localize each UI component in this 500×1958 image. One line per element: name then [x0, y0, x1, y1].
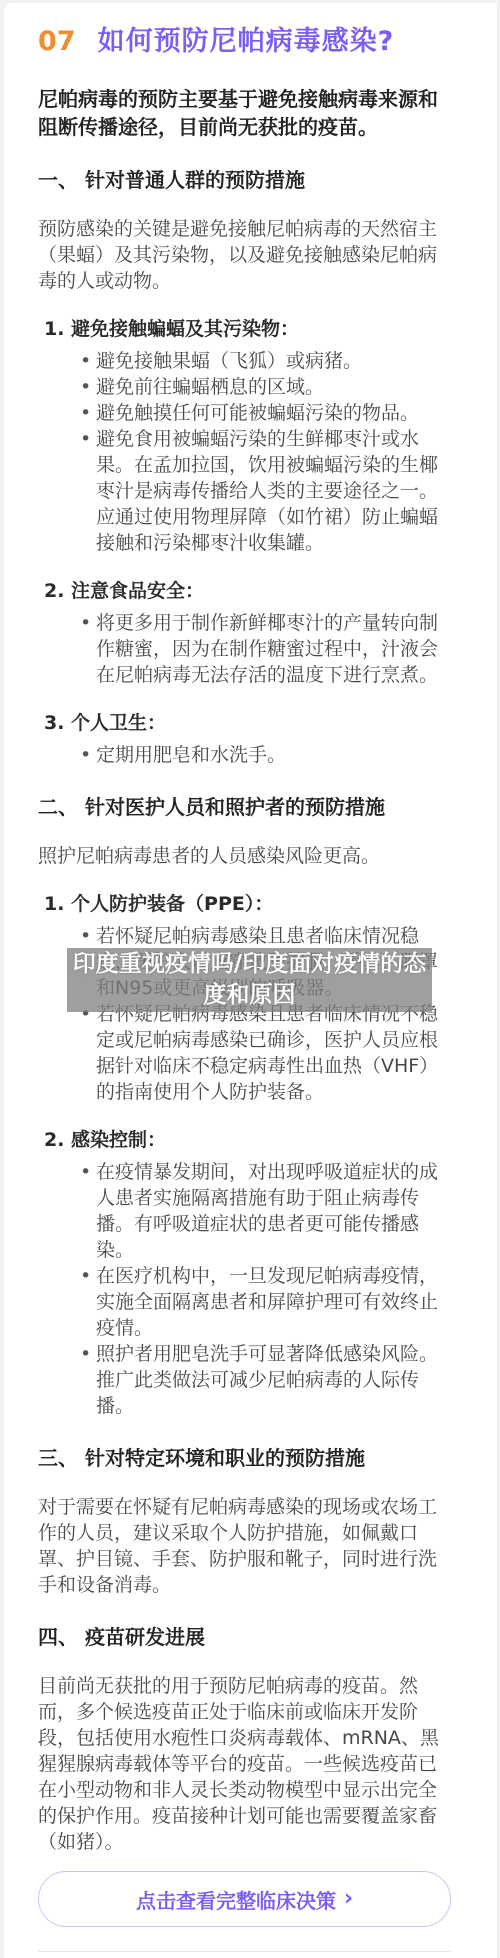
bullet-icon: • — [80, 426, 96, 556]
section-2-lead: 照护尼帕病毒患者的人员感染风险更高。 — [38, 843, 451, 869]
list-item: •在疫情暴发期间，对出现呼吸道症状的成人患者实施隔离措施有助于阻止病毒传播。有呼… — [80, 1159, 451, 1263]
section-1-lead: 预防感染的关键是避免接触尼帕病毒的天然宿主（果蝠）及其污染物，以及避免接触感染尼… — [38, 216, 451, 294]
list-item: •若怀疑尼帕病毒感染且患者临床情况不稳定或尼帕病毒感染已确诊，医护人员应根据针对… — [80, 1001, 451, 1105]
bullet-text: 在医疗机构中，一旦发现尼帕病毒疫情，实施全面隔离患者和屏障护理可有效终止疫情。 — [96, 1263, 451, 1341]
section-heading-2: 二、 针对医护人员和照护者的预防措施 — [38, 794, 451, 821]
section-number-badge: 07 — [38, 25, 76, 59]
bullet-list: •避免接触果蝠（飞狐）或病猪。 •避免前往蝙蝠栖息的区域。 •避免触摸任何可能被… — [38, 348, 451, 556]
list-item: •在医疗机构中，一旦发现尼帕病毒疫情，实施全面隔离患者和屏障护理可有效终止疫情。 — [80, 1263, 451, 1341]
bullet-icon: • — [80, 1001, 96, 1105]
section-3-lead: 对于需要在怀疑有尼帕病毒感染的现场或农场工作的人员，建议采取个人防护措施，如佩戴… — [38, 1494, 451, 1598]
bullet-icon: • — [80, 400, 96, 426]
bullet-text: 将更多用于制作新鲜椰枣汁的产量转向制作糖蜜，因为在制作糖蜜过程中，汁液会在尼帕病… — [96, 610, 451, 688]
bullet-icon: • — [80, 610, 96, 688]
bullet-list: •定期用肥皂和水洗手。 — [38, 742, 451, 768]
bottom-divider — [38, 1951, 451, 1952]
view-clinical-decision-label: 点击查看完整临床决策 — [136, 1885, 336, 1914]
item-title-personal-hygiene: 3. 个人卫生： — [44, 710, 451, 736]
page-title: 如何预防尼帕病毒感染? — [98, 25, 395, 59]
section-4-lead: 目前尚无获批的用于预防尼帕病毒的疫苗。然而，多个候选疫苗正处于临床前或临床开发阶… — [38, 1673, 451, 1855]
bullet-text: 在疫情暴发期间，对出现呼吸道症状的成人患者实施隔离措施有助于阻止病毒传播。有呼吸… — [96, 1159, 451, 1263]
section-heading-3: 三、 针对特定环境和职业的预防措施 — [38, 1445, 451, 1472]
bullet-icon: • — [80, 1341, 96, 1419]
intro-paragraph: 尼帕病毒的预防主要基于避免接触病毒来源和阻断传播途径，目前尚无获批的疫苗。 — [38, 85, 451, 141]
bullet-icon: • — [80, 1263, 96, 1341]
list-item: •将更多用于制作新鲜椰枣汁的产量转向制作糖蜜，因为在制作糖蜜过程中，汁液会在尼帕… — [80, 610, 451, 688]
list-item: •避免食用被蝙蝠污染的生鲜椰枣汁或水果。在孟加拉国，饮用被蝙蝠污染的生椰枣汁是病… — [80, 426, 451, 556]
bullet-icon: • — [80, 742, 96, 768]
bullet-list: •将更多用于制作新鲜椰枣汁的产量转向制作糖蜜，因为在制作糖蜜过程中，汁液会在尼帕… — [38, 610, 451, 688]
item-title-ppe: 1. 个人防护装备（PPE）： — [44, 891, 451, 917]
bullet-icon: • — [80, 1159, 96, 1263]
list-item: •避免接触果蝠（飞狐）或病猪。 — [80, 348, 451, 374]
bullet-list: •在疫情暴发期间，对出现呼吸道症状的成人患者实施隔离措施有助于阻止病毒传播。有呼… — [38, 1159, 451, 1419]
bullet-text: 避免前往蝙蝠栖息的区域。 — [96, 374, 451, 400]
list-item: •避免前往蝙蝠栖息的区域。 — [80, 374, 451, 400]
section-heading-4: 四、 疫苗研发进展 — [38, 1624, 451, 1651]
section-heading-1: 一、 针对普通人群的预防措施 — [38, 167, 451, 194]
bullet-text: 定期用肥皂和水洗手。 — [96, 742, 451, 768]
list-item: •照护者用肥皂洗手可显著降低感染风险。推广此类做法可减少尼帕病毒的人际传播。 — [80, 1341, 451, 1419]
bullet-icon: • — [80, 374, 96, 400]
view-clinical-decision-button[interactable]: 点击查看完整临床决策 › — [38, 1871, 451, 1927]
bullet-text: 避免触摸任何可能被蝙蝠污染的物品。 — [96, 400, 451, 426]
list-item: •避免触摸任何可能被蝙蝠污染的物品。 — [80, 400, 451, 426]
bullet-text: 若怀疑尼帕病毒感染且患者临床情况不稳定或尼帕病毒感染已确诊，医护人员应根据针对临… — [96, 1001, 451, 1105]
item-title-infection-control: 2. 感染控制： — [44, 1127, 451, 1153]
chevron-right-icon: › — [344, 1889, 353, 1909]
bullet-text: 避免接触果蝠（飞狐）或病猪。 — [96, 348, 451, 374]
article-header: 07 如何预防尼帕病毒感染? — [38, 25, 451, 59]
video-caption-overlay: 印度重视疫情吗/印度面对疫情的态度和原因 — [67, 948, 432, 1012]
item-title-food-safety: 2. 注意食品安全： — [44, 578, 451, 604]
bullet-text: 避免食用被蝙蝠污染的生鲜椰枣汁或水果。在孟加拉国，饮用被蝙蝠污染的生椰枣汁是病毒… — [96, 426, 451, 556]
bullet-text: 照护者用肥皂洗手可显著降低感染风险。推广此类做法可减少尼帕病毒的人际传播。 — [96, 1341, 451, 1419]
item-title-avoid-bats: 1. 避免接触蝙蝠及其污染物： — [44, 316, 451, 342]
list-item: •定期用肥皂和水洗手。 — [80, 742, 451, 768]
bullet-icon: • — [80, 348, 96, 374]
